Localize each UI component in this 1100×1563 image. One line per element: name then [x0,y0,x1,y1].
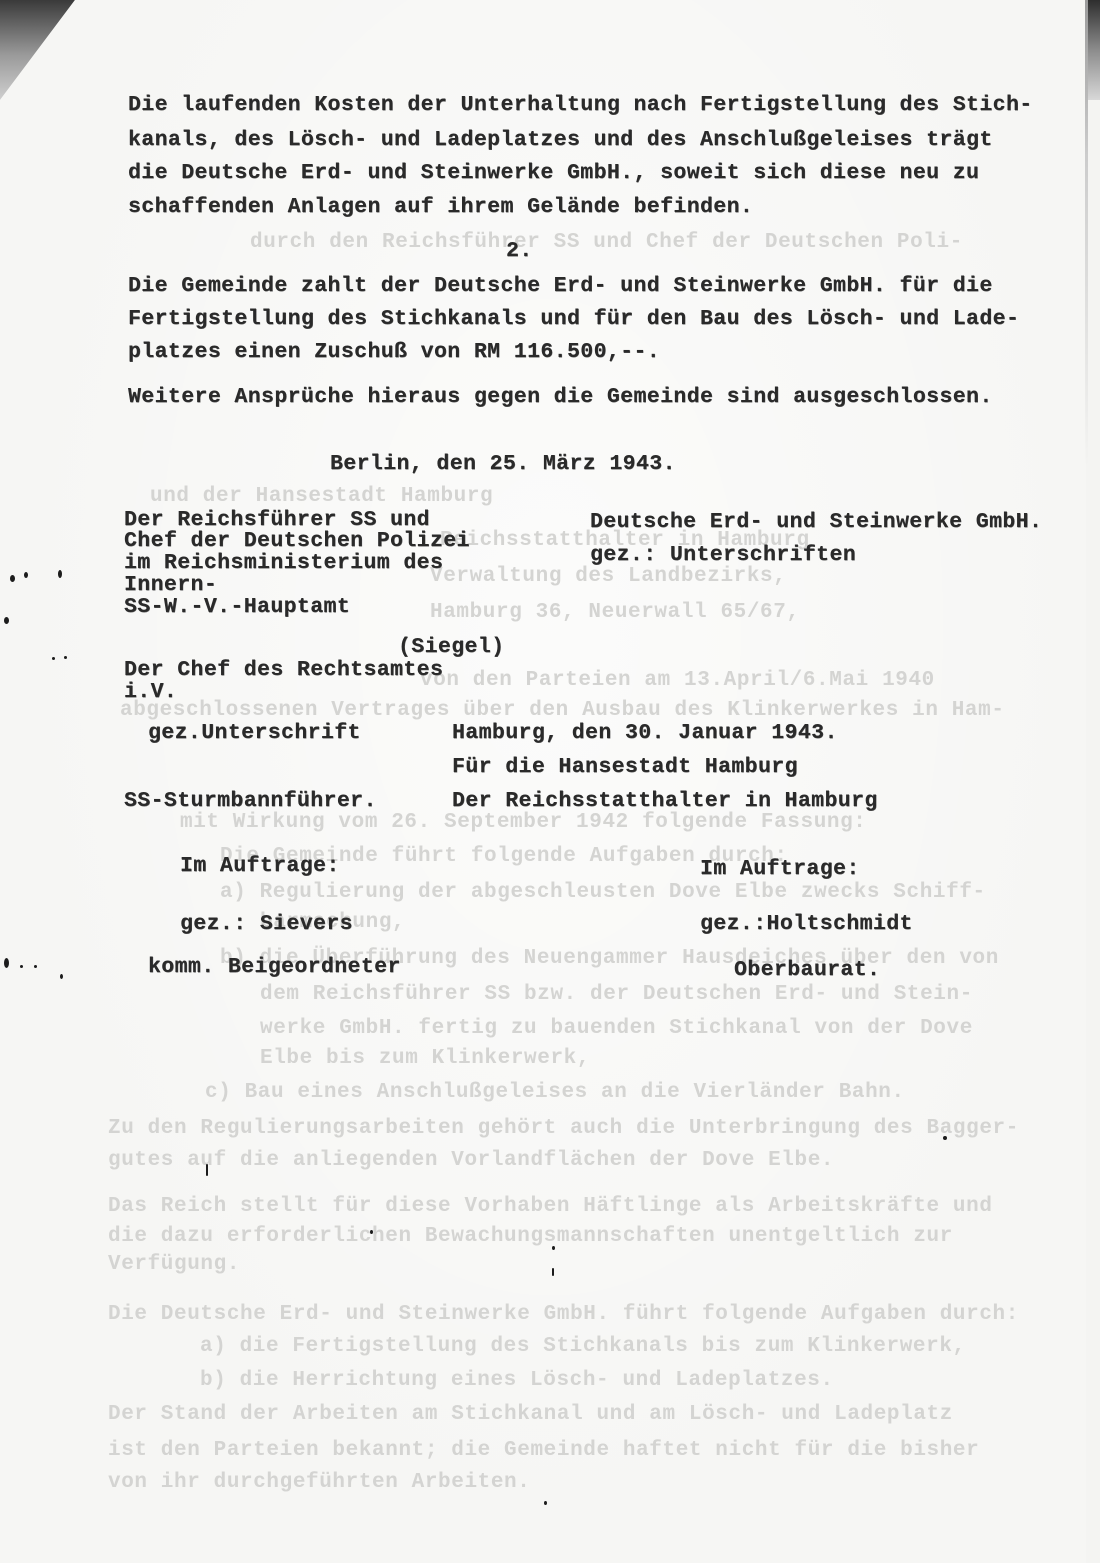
title: komm. Beigeordneter [148,957,401,979]
ghost-line: Die Deutsche Erd- und Steinwerke GmbH. f… [108,1304,1019,1325]
text-line: die Deutsche Erd- und Steinwerke GmbH., … [128,163,979,185]
ghost-line: Verfügung. [108,1254,240,1275]
rank: SS-Sturmbannführer. [124,791,377,813]
paragraph-exclusion: Weitere Ansprüche hieraus gegen die Geme… [128,387,993,409]
company-name: Deutsche Erd- und Steinwerke GmbH. [590,512,1042,534]
for-line: Für die Hansestadt Hamburg [452,757,798,779]
ghost-line: abgeschlossenen Vertrages über den Ausba… [120,700,1005,721]
authority: Der Reichsstatthalter in Hamburg [452,791,878,813]
ghost-line: Das Reich stellt für diese Vorhaben Häft… [108,1196,993,1217]
text-line: Die Gemeinde zahlt der Deutsche Erd- und… [128,276,993,298]
page-edge-shadow [1086,0,1100,100]
ghost-line: Der Stand der Arbeiten am Stichkanal und… [108,1404,953,1425]
signature-note: gez.: Sievers [180,914,353,936]
ghost-line: Zu den Regulierungsarbeiten gehört auch … [108,1118,1019,1139]
text-line: kanals, des Lösch- und Ladeplatzes und d… [128,130,993,152]
ghost-line: b) die Herrichtung eines Lösch- und Lade… [200,1370,834,1391]
ghost-line: a) Regulierung der abgeschleusten Dove E… [220,882,986,903]
ghost-line: dem Reichsführer SS bzw. der Deutschen E… [260,984,973,1005]
ghost-line: mit Wirkung vom 26. September 1942 folge… [180,812,867,833]
text-line: Der Chef des Rechtsamtes [124,660,443,682]
ghost-line: ist den Parteien bekannt; die Gemeinde h… [108,1440,979,1461]
title: Oberbaurat. [734,960,880,982]
ghost-line: von den Parteien am 13.April/6.Mai 1940 [420,670,935,691]
ghost-line: Elbe bis zum Klinkerwerk, [260,1048,590,1069]
ghost-line: werke GmbH. fertig zu bauenden Stichkana… [260,1018,973,1039]
text-line: Chef der Deutschen Polizei [124,531,470,553]
ghost-line: a) die Fertigstellung des Stichkanals bi… [200,1336,966,1357]
text-line: schaffenden Anlagen auf ihrem Gelände be… [128,197,753,219]
section-number: 2. [506,241,533,263]
signature-note: gez.:Holtschmidt [700,914,913,936]
ghost-line: die dazu erforderlichen Bewachungsmannsc… [108,1226,953,1247]
ghost-line: c) Bau eines Anschlußgeleises an die Vie… [205,1082,905,1103]
text-line: SS-W.-V.-Hauptamt [124,597,350,619]
ghost-line: durch den Reichsführer SS und Chef der D… [250,232,963,253]
signature-note: gez.Unterschrift [148,723,361,745]
ghost-line: Hamburg 36, Neuerwall 65/67, [430,602,800,623]
seal-note: (Siegel) [398,637,504,659]
page-edge-line [1085,0,1088,1563]
text-line: Fertigstellung des Stichkanals und für d… [128,309,1019,331]
text-line: platzes einen Zuschuß von RM 116.500,--. [128,342,660,364]
place-date-hamburg: Hamburg, den 30. Januar 1943. [452,723,838,745]
text-line: Die laufenden Kosten der Unterhaltung na… [128,95,1033,117]
signature-note: gez.: Unterschriften [590,545,856,567]
ghost-line: Verwaltung des Landbezirks, [430,566,786,587]
ghost-line: von ihr durchgeführten Arbeiten. [108,1472,530,1493]
text-line: im Reichsministerium des [124,553,443,575]
text-line: i.V. [124,682,177,704]
ghost-line: und der Hansestadt Hamburg [150,486,493,507]
place-date-berlin: Berlin, den 25. März 1943. [330,454,676,476]
ghost-line: gutes auf die anliegenden Vorlandflächen… [108,1150,834,1171]
by-order: Im Auftrage: [700,859,860,881]
by-order: Im Auftrage: [180,856,340,878]
text-line: Innern- [124,575,217,597]
